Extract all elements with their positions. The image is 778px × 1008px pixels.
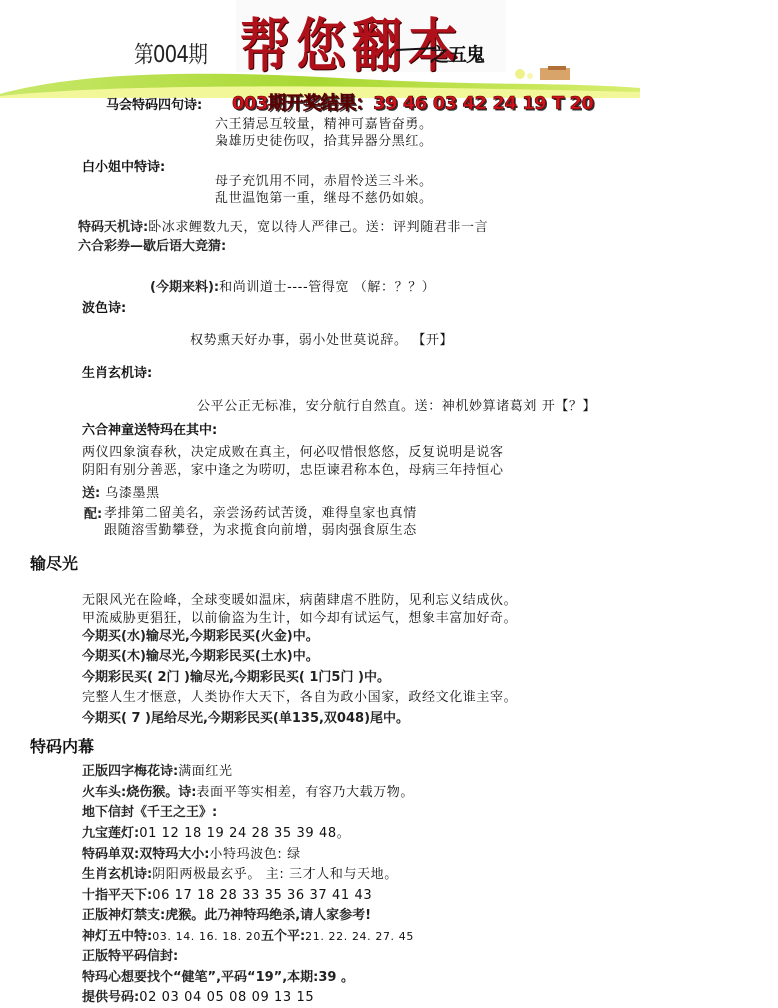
huoche-row: 火车头:烧伤猴。诗:表面平等实相差，有容乃大载万物。 <box>82 781 414 800</box>
mahui-label: 马会特码四句诗: <box>106 94 202 113</box>
shendeng-numbers: 03. 14. 16. 18. 20 <box>152 930 261 943</box>
issue-number: 第004期 <box>134 36 207 69</box>
shujinguang-line-4: 完整人生才惬意，人类协作大天下，各自为政小国家，政经文化谁主宰。 <box>82 686 517 705</box>
xuanji-label: 生肖玄机诗: <box>82 867 152 882</box>
danshuang-color: 绿 <box>282 847 300 862</box>
jiubao-row: 九宝莲灯:01 12 18 19 24 28 35 39 48。 <box>82 822 350 841</box>
shentong-line-1: 两仪四象演春秋，决定成败在真主，何必叹惜恨悠悠，反复说明是说客 <box>82 441 504 460</box>
danshuang-mid: 小特玛波色: <box>209 847 282 862</box>
shujinguang-line-5: 今期买( 7 )尾给尽光,今期彩民买(单135,双048)尾中。 <box>82 707 409 726</box>
bose-label: 波色诗: <box>82 297 126 316</box>
shendeng-row: 神灯五中特:03. 14. 16. 18. 20五个平:21. 22. 24. … <box>82 925 414 944</box>
wuping-label: 五个平: <box>261 929 305 944</box>
song-text: 乌漆墨黑 <box>105 486 159 501</box>
tigong-numbers: 02 03 04 05 08 09 13 15 <box>139 990 314 1005</box>
pei-line-2: 跟随溶雪勤攀登，为求揽食向前增，弱肉强食原生态 <box>104 519 417 538</box>
shujinguang-title: 输尽光 <box>30 551 78 574</box>
pei-label: 配: <box>84 503 102 522</box>
xuanji-text: 阴阳两极最玄乎。 主: 三才人和与天地。 <box>152 867 398 882</box>
meihua-row: 正版四字梅花诗:满面红光 <box>82 760 233 779</box>
shujinguang-line-1: 今期买(水)输尽光,今期彩民买(火金)中。 <box>82 625 319 644</box>
shizhi-row: 十指平天下:06 17 18 28 33 35 36 37 41 43 <box>82 884 372 903</box>
shendeng-label: 神灯五中特: <box>82 929 152 944</box>
xiehouyu-text: 和尚训道士----管得宽 （解：？？） <box>219 280 435 295</box>
tepingxinfeng-label: 正版特平码信封: <box>82 945 178 964</box>
xinxiang-text: 特玛心想要找个“健笔”,平码“19”,本期:39 。 <box>82 966 354 985</box>
xiehouyu-label: 六合彩券—歇后语大竞猜: <box>78 235 226 254</box>
brand-subtitle: 之五鬼 <box>430 40 484 67</box>
shentong-song-row: 送: 乌漆墨黑 <box>82 482 160 501</box>
shujinguang-poem-2: 甲流威胁更猖狂，以前偷盗为生计，如今却有试运气，想象丰富加好奇。 <box>82 607 517 626</box>
tianji-text: 卧冰求鲤数九天，宽以待人严律己。送：评判随君非一言 <box>148 220 488 235</box>
bose-text: 权势熏天好办事，弱小处世莫说辞。 【开】 <box>190 329 453 348</box>
jinzhi-label: 正版神灯禁支: <box>82 908 165 923</box>
xuanji-row: 生肖玄机诗:阴阳两极最玄乎。 主: 三才人和与天地。 <box>82 863 398 882</box>
danshuang-label: 特码单双:双特玛大小: <box>82 847 209 862</box>
jiubao-numbers: 01 12 18 19 24 28 35 39 48。 <box>139 826 350 841</box>
shujinguang-poem-1: 无限风光在险峰，全球变暖如温床，病菌肆虐不胜防，见利忘义结成伙。 <box>82 589 517 608</box>
tianji-row: 特码天机诗:卧冰求鲤数九天，宽以待人严律己。送：评判随君非一言 <box>78 216 488 235</box>
tianji-label: 特码天机诗: <box>78 220 148 235</box>
song-label: 送: <box>82 486 100 501</box>
huoche-label: 火车头:烧伤猴。诗: <box>82 785 196 800</box>
xinfeng-label: 地下信封《千王之王》: <box>82 801 217 820</box>
shengxiao-label: 生肖玄机诗: <box>82 362 152 381</box>
shizhi-numbers: 06 17 18 28 33 35 36 37 41 43 <box>152 888 372 903</box>
wuping-numbers: 21. 22. 24. 27. 45 <box>305 930 414 943</box>
shentong-line-2: 阴阳有别分善恶，家中逢之为唠叨，忠臣谏君称本色，母病三年持恒心 <box>82 459 504 478</box>
shujinguang-line-3: 今期彩民买( 2门 )输尽光,今期彩民买( 1门5门 )中。 <box>82 666 390 685</box>
shentong-label: 六合神童送特玛在其中: <box>82 419 217 438</box>
draw-result: 003期开奖结果：39 46 03 42 24 19 T 20 <box>232 89 594 115</box>
jinzhi-row: 正版神灯禁支:虎猴。此乃神特玛绝杀,请人家参考! <box>82 904 371 923</box>
tigong-label: 提供号码: <box>82 990 139 1005</box>
xiehouyu-source: (今期来料): <box>150 280 219 295</box>
huoche-text: 表面平等实相差，有容乃大载万物。 <box>196 785 414 800</box>
meihua-text: 满面红光 <box>178 764 232 779</box>
jinzhi-text: 虎猴。此乃神特玛绝杀,请人家参考! <box>165 908 371 923</box>
shengxiao-text: 公平公正无标准，安分航行自然直。送：神机妙算诸葛刘 开【？】 <box>197 395 596 414</box>
tigong-row: 提供号码:02 03 04 05 08 09 13 15 <box>82 986 314 1005</box>
jiubao-label: 九宝莲灯: <box>82 826 139 841</box>
shizhi-label: 十指平天下: <box>82 888 152 903</box>
bai-line-2: 乱世温饱第一重，继母不慈仍如娘。 <box>215 187 433 206</box>
bai-label: 白小姐中特诗: <box>82 156 165 175</box>
xiehouyu-row: (今期来料):和尚训道士----管得宽 （解：？？） <box>150 276 435 295</box>
neimu-title: 特码内幕 <box>30 734 94 757</box>
meihua-label: 正版四字梅花诗: <box>82 764 178 779</box>
shujinguang-line-2: 今期买(木)输尽光,今期彩民买(土水)中。 <box>82 645 319 664</box>
danshuang-row: 特码单双:双特玛大小:小特玛波色: 绿 <box>82 843 301 862</box>
mahui-line-2: 枭雄历史徒伤叹，拾萁异器分黑红。 <box>215 130 433 149</box>
